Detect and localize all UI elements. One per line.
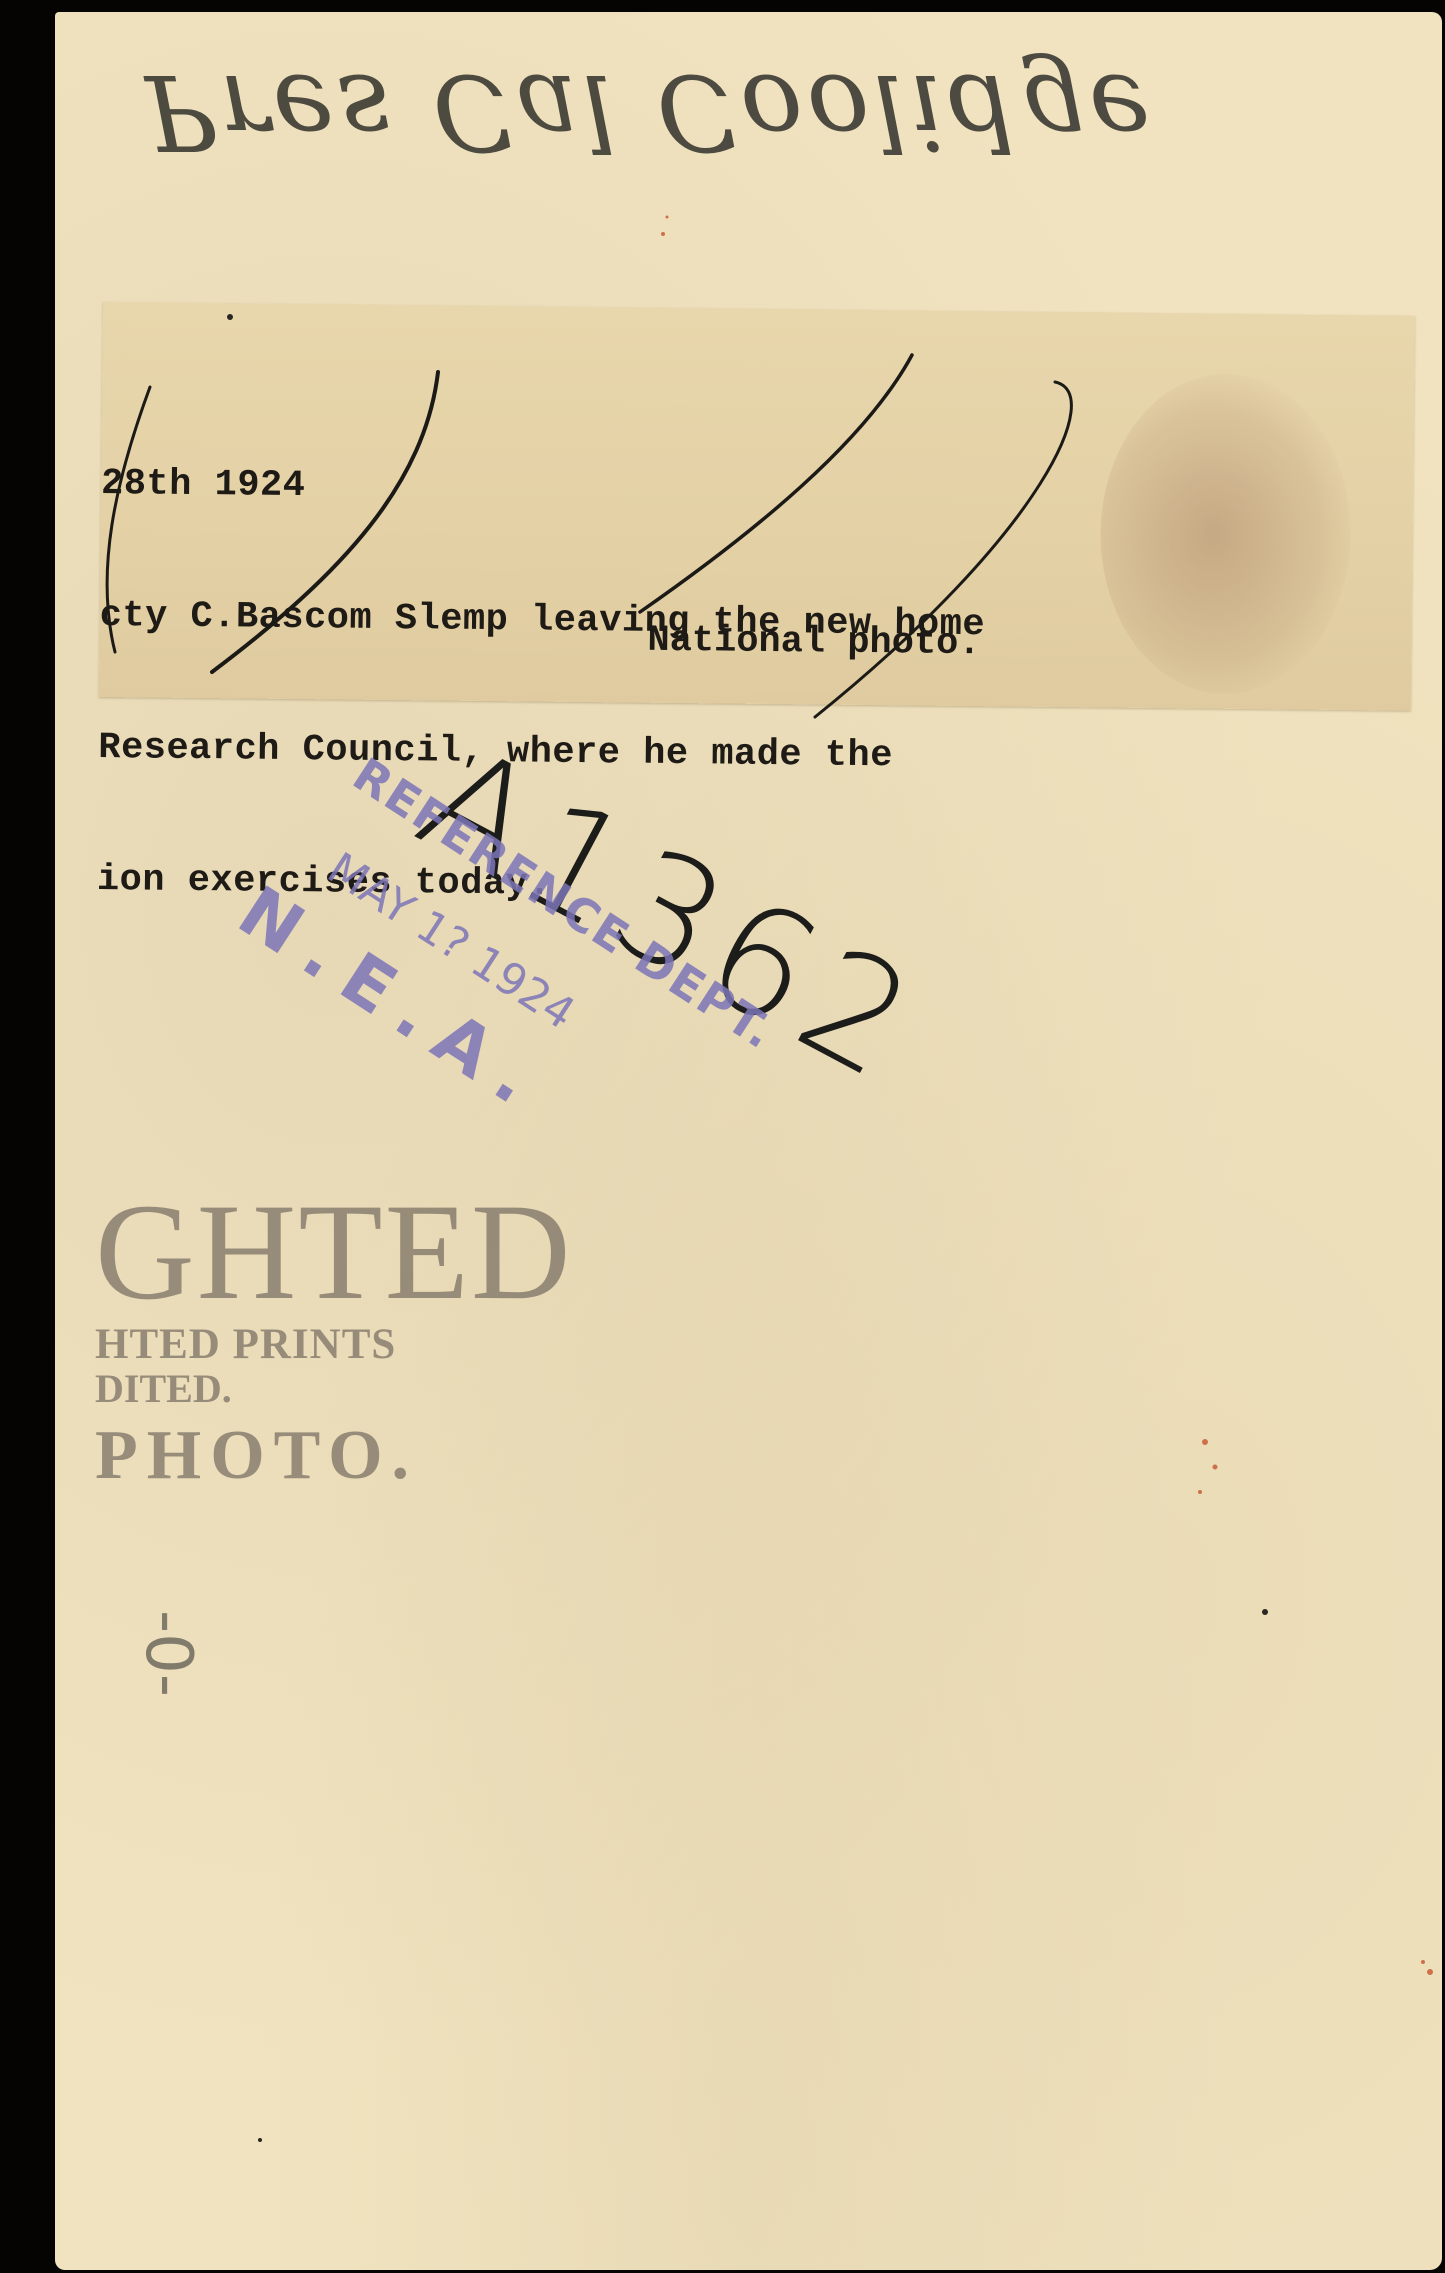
- pencil-mark: -0-: [131, 1610, 205, 1697]
- copyright-stamp: GHTED HTED PRINTS DITED. PHOTO.: [95, 1182, 573, 1496]
- copyright-line: PHOTO.: [95, 1416, 573, 1496]
- pencil-strike-lines: [55, 12, 1442, 2270]
- copyright-line: GHTED: [95, 1182, 573, 1322]
- photo-card-back: Pres Cal Coolidge 28th 1924 cty C.Bascom…: [55, 12, 1442, 2270]
- copyright-line: DITED.: [95, 1365, 573, 1412]
